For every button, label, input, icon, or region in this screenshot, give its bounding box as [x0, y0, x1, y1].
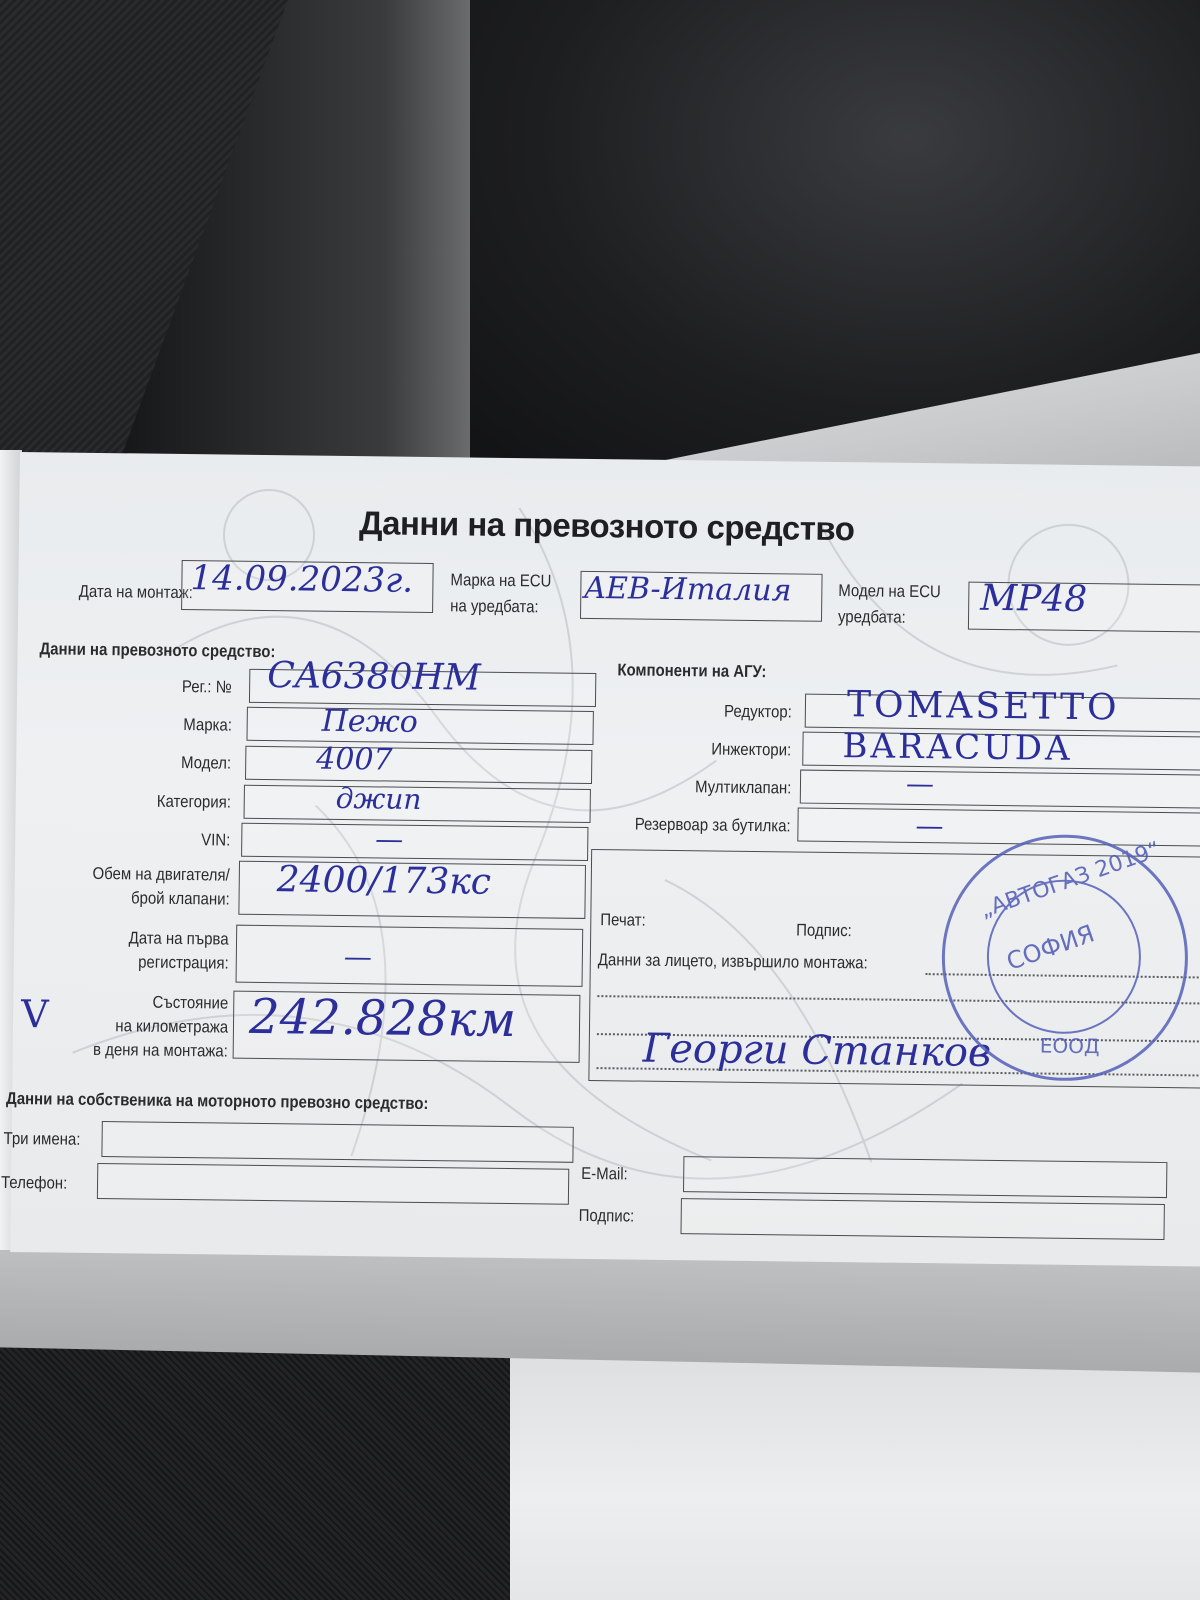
- engine-label-2: брой клапани:: [131, 887, 230, 909]
- installer-person-label: Данни за лицето, извършило монтажа:: [598, 949, 868, 973]
- vin-value: —: [375, 822, 403, 855]
- reducer-value: TOMASETTO: [847, 684, 1120, 728]
- owner-phone-field[interactable]: [97, 1163, 569, 1205]
- check-mark: V: [21, 992, 49, 1036]
- stamp-bottom-text: ЕООД: [1040, 1034, 1100, 1059]
- multivalve-field[interactable]: [800, 770, 1200, 809]
- owner-email-field[interactable]: [683, 1156, 1167, 1198]
- installer-person-value: Георги Станков: [642, 1026, 991, 1076]
- engine-label-1: Обем на двигателя/: [93, 863, 230, 886]
- owner-email-label: E-Mail:: [581, 1163, 628, 1185]
- odometer-label-2: на километража: [115, 1015, 228, 1037]
- make-label: Марка:: [183, 714, 232, 736]
- install-date-value: 14.09.2023г.: [190, 558, 413, 601]
- multivalve-label: Мултиклапан:: [694, 776, 791, 798]
- injectors-value: BARACUDA: [842, 726, 1073, 769]
- stamp-label: Печат:: [600, 909, 646, 931]
- ecu-model-label-1: Модел на ECU: [838, 580, 941, 602]
- ecu-brand-value: AEB-Италия: [584, 571, 792, 609]
- installer-signature-label: Подпис:: [796, 920, 852, 942]
- injectors-label: Инжектори:: [711, 738, 791, 760]
- owner-name-field[interactable]: [101, 1121, 573, 1163]
- engine-value: 2400/173кс: [277, 859, 492, 903]
- reducer-label: Редуктор:: [724, 701, 792, 723]
- multivalve-value: —: [906, 767, 934, 800]
- vin-label: VIN:: [201, 829, 230, 850]
- lpg-components-heading: Компоненти на АГУ:: [617, 659, 766, 682]
- model-value: 4007: [316, 742, 393, 778]
- vehicle-data-form: Данни на превозното средство Дата на мон…: [10, 452, 1200, 1267]
- ecu-model-value: MP48: [980, 578, 1087, 620]
- owner-name-label: Три имена:: [3, 1128, 80, 1150]
- car-floor-mat: [0, 1330, 520, 1600]
- odometer-label-3: в деня на монтажа:: [93, 1039, 228, 1062]
- install-date-label: Дата на монтаж:: [79, 581, 193, 603]
- owner-section-heading: Данни на собственика на моторното превоз…: [6, 1088, 429, 1114]
- category-label: Категория:: [157, 791, 231, 813]
- reg-number-value: CA6380HM: [267, 655, 481, 699]
- first-reg-label-2: регистрация:: [138, 951, 229, 973]
- odometer-label-1: Състояние: [152, 992, 228, 1014]
- first-reg-label-1: Дата на първа: [129, 927, 229, 949]
- ecu-brand-label-2: на уредбата:: [450, 595, 539, 617]
- reg-number-label: Рег.: №: [182, 676, 232, 698]
- owner-phone-label: Телефон:: [1, 1172, 67, 1194]
- model-field[interactable]: [245, 746, 592, 784]
- tank-field[interactable]: [797, 808, 1200, 847]
- vin-field[interactable]: [241, 823, 588, 861]
- background-paper: [510, 1345, 1200, 1600]
- make-value: Пежо: [322, 704, 419, 740]
- ecu-model-label-2: уредбата:: [838, 606, 906, 628]
- vehicle-section-heading: Данни на превозното средство:: [39, 638, 275, 662]
- category-value: джип: [336, 782, 422, 816]
- first-registration-field[interactable]: [236, 925, 584, 987]
- model-label: Модел:: [181, 752, 231, 774]
- owner-signature-field[interactable]: [680, 1198, 1164, 1240]
- first-registration-value: —: [344, 940, 372, 973]
- tank-label: Резервоар за бутилка:: [634, 814, 790, 837]
- make-field[interactable]: [246, 707, 593, 745]
- odometer-value: 242.828км: [249, 989, 517, 1048]
- owner-signature-label: Подпис:: [579, 1205, 635, 1227]
- ecu-brand-label-1: Марка на ECU: [450, 569, 551, 591]
- tank-value: —: [915, 809, 943, 842]
- form-title: Данни на превозното средство: [359, 504, 855, 548]
